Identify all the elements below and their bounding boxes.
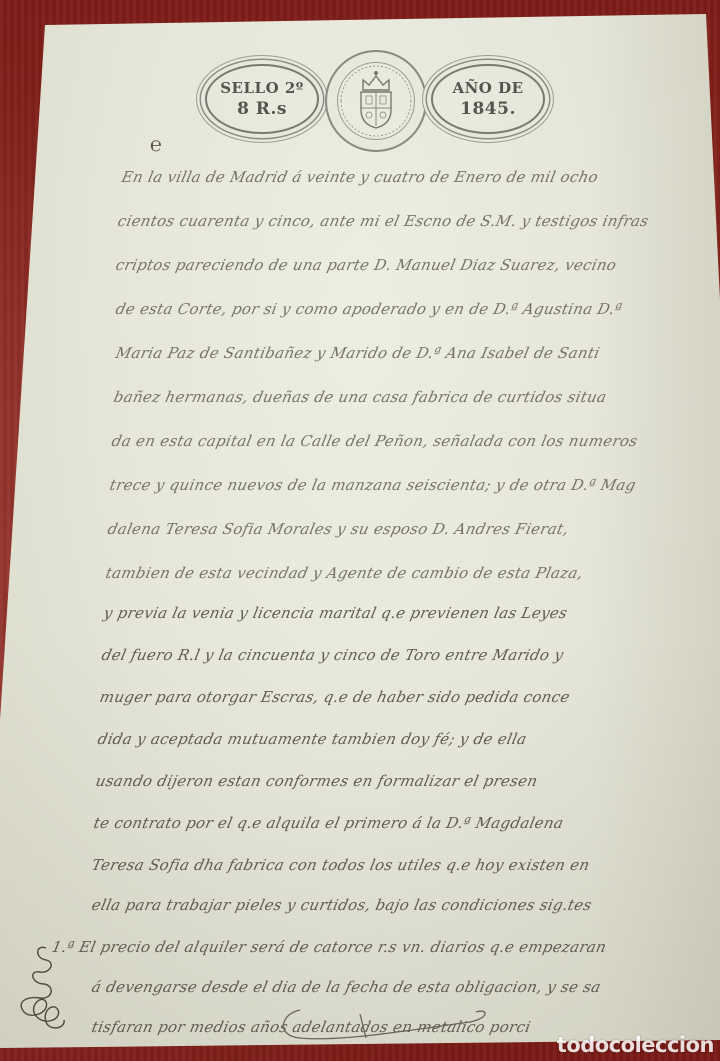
- body-line-15: usando dijeron estan conformes en formal…: [94, 772, 539, 790]
- body-line-7: da en esta capital en la Calle del Peñon…: [110, 432, 639, 450]
- body-line-19: 1.ª El precio del alquiler será de cator…: [50, 938, 608, 956]
- handwritten-body: ℮ En la villa de Madrid á veinte y cuatr…: [0, 0, 720, 1061]
- stamp-year-cartouche: AÑO DE 1845.: [431, 64, 545, 134]
- initial-mark: ℮: [150, 132, 162, 157]
- body-line-3: criptos pareciendo de una parte D. Manue…: [114, 256, 618, 274]
- stamp-seal-class-cartouche: SELLO 2º 8 R.s: [205, 64, 319, 134]
- body-line-4: de esta Corte, por si y como apoderado y…: [114, 300, 624, 318]
- body-line-5: Maria Paz de Santibañez y Marido de D.ª …: [114, 344, 601, 362]
- body-line-17: Teresa Sofia dha fabrica con todos los u…: [90, 856, 591, 874]
- body-line-8: trece y quince nuevos de la manzana seis…: [108, 476, 638, 494]
- stamp-price: 8 R.s: [237, 98, 287, 120]
- body-line-1: En la villa de Madrid á veinte y cuatro …: [120, 168, 600, 186]
- stamp-year: 1845.: [460, 98, 516, 120]
- stamp-header: SELLO 2º 8 R.s AÑO DE 1845.: [195, 48, 555, 148]
- signature-rubric-icon: [270, 1000, 500, 1050]
- body-line-12: del fuero R.l y la cincuenta y cinco de …: [100, 646, 565, 664]
- body-line-9: dalena Teresa Sofia Morales y su esposo …: [106, 520, 570, 538]
- body-line-6: bañez hermanas, dueñas de una casa fabri…: [112, 388, 608, 406]
- stamp-year-label: AÑO DE: [452, 78, 523, 98]
- royal-seal-icon: [325, 50, 427, 152]
- body-line-18: ella para trabajar pieles y curtidos, ba…: [90, 896, 593, 914]
- body-line-10: tambien de esta vecindad y Agente de cam…: [104, 564, 585, 582]
- body-line-21: tisfaran por medios años adelantados en …: [90, 1018, 532, 1036]
- body-line-20: á devengarse desde el dia de la fecha de…: [90, 978, 603, 996]
- stamp-seal-class: SELLO 2º: [220, 78, 304, 98]
- body-line-13: muger para otorgar Escras, q.e de haber …: [98, 688, 572, 706]
- watermark-logo: todocoleccion: [557, 1033, 714, 1057]
- margin-rubric-icon: [6, 940, 76, 1040]
- body-line-14: dida y aceptada mutuamente tambien doy f…: [96, 730, 528, 748]
- body-line-16: te contrato por el q.e alquila el primer…: [92, 814, 565, 832]
- document-page: SELLO 2º 8 R.s AÑO DE 1845.: [0, 0, 720, 1061]
- body-line-2: cientos cuarenta y cinco, ante mi el Esc…: [116, 212, 650, 230]
- body-line-11: y previa la venia y licencia marital q.e…: [102, 604, 569, 622]
